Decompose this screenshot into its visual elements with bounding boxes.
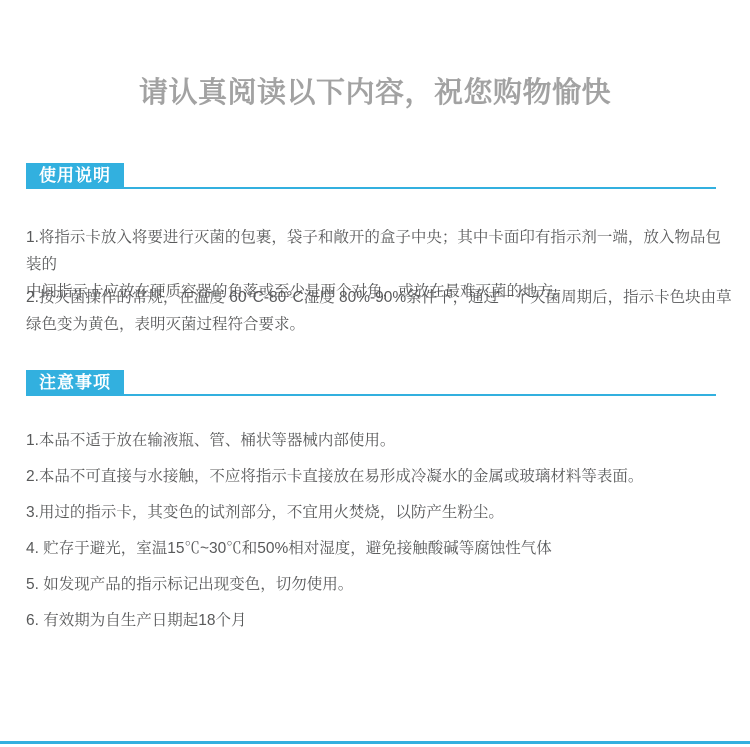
usage-section-badge: 使用说明 — [26, 163, 124, 189]
note-item: 6. 有效期为自生产日期起18个月 — [26, 610, 732, 632]
notes-section-badge: 注意事项 — [26, 370, 124, 396]
note-item: 4. 贮存于避光，室温15℃~30℃和50%相对湿度，避免接触酸碱等腐蚀性气体 — [26, 538, 732, 560]
note-item: 2.本品不可直接与水接触，不应将指示卡直接放在易形成冷凝水的金属或玻璃材料等表面… — [26, 466, 732, 488]
notes-list: 1.本品不适于放在输液瓶、管、桶状等器械内部使用。 2.本品不可直接与水接触，不… — [26, 430, 732, 646]
note-item: 5. 如发现产品的指示标记出现变色，切勿使用。 — [26, 574, 732, 596]
note-item: 3.用过的指示卡，其变色的试剂部分，不宜用火焚烧，以防产生粉尘。 — [26, 502, 732, 524]
product-instructions-page: 请认真阅读以下内容，祝您购物愉快 使用说明 1.将指示卡放入将要进行灭菌的包裹，… — [0, 0, 750, 747]
usage-section-header: 使用说明 — [26, 163, 716, 189]
page-title: 请认真阅读以下内容，祝您购物愉快 — [0, 70, 750, 111]
notes-section-header: 注意事项 — [26, 370, 716, 396]
note-item: 1.本品不适于放在输液瓶、管、桶状等器械内部使用。 — [26, 430, 732, 452]
usage-paragraph-2: 2.按灭菌操作的常规，在温度 60°C-80°C湿度 80%-90%条件下，通过… — [26, 284, 732, 338]
bottom-divider — [0, 741, 750, 744]
